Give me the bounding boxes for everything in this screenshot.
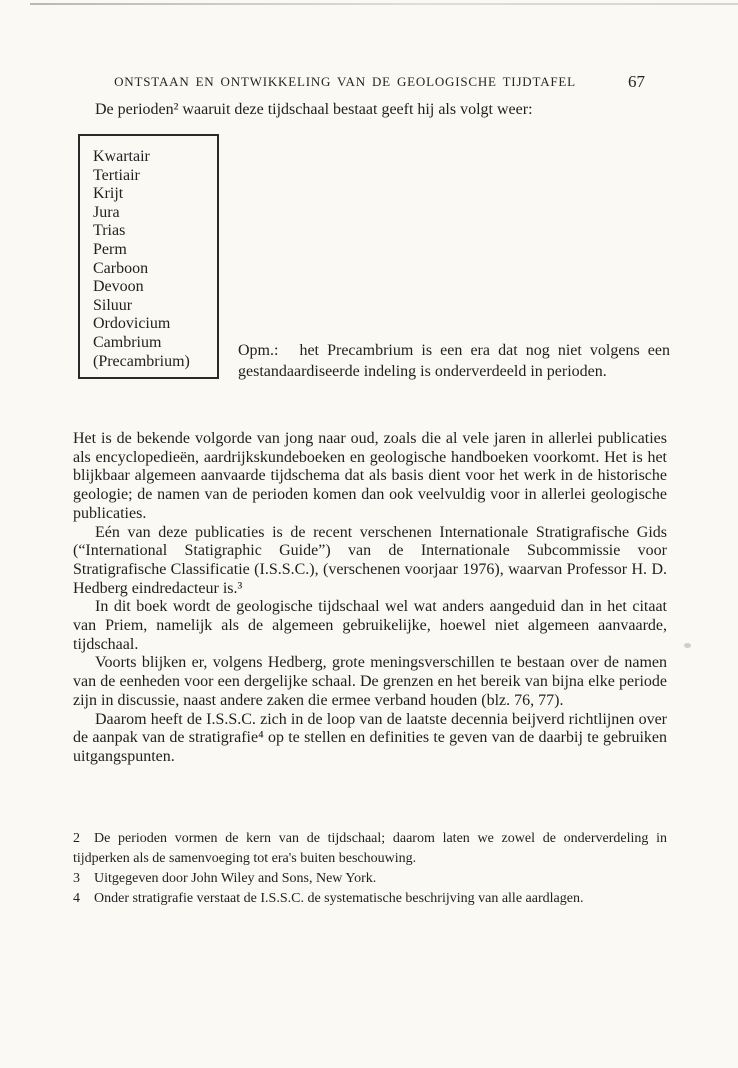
period-item: Kwartair bbox=[93, 148, 217, 167]
period-item: Cambrium bbox=[93, 334, 217, 353]
footnote: 3Uitgegeven door John Wiley and Sons, Ne… bbox=[73, 869, 667, 889]
note-text: het Precambrium is een era dat nog niet … bbox=[238, 342, 670, 380]
footnote-number: 3 bbox=[73, 871, 80, 886]
footnote-text: Onder stratigrafie verstaat de I.S.S.C. … bbox=[94, 891, 583, 906]
footnote: 4Onder stratigrafie verstaat de I.S.S.C.… bbox=[73, 889, 667, 909]
footnote-number: 2 bbox=[73, 831, 80, 846]
precambrium-note: Opm.:het Precambrium is een era dat nog … bbox=[238, 341, 670, 382]
period-item: (Precambrium) bbox=[93, 353, 217, 372]
footnote-text: De perioden vormen de kern van de tijdsc… bbox=[73, 831, 667, 866]
period-item: Ordovicium bbox=[93, 315, 217, 334]
period-item: Krijt bbox=[93, 185, 217, 204]
running-head: ONTSTAAN EN ONTWIKKELING VAN DE GEOLOGIS… bbox=[73, 74, 667, 94]
footnotes: 2De perioden vormen de kern van de tijds… bbox=[73, 829, 667, 909]
scanned-book-page: ONTSTAAN EN ONTWIKKELING VAN DE GEOLOGIS… bbox=[0, 0, 738, 1068]
footnote-text: Uitgegeven door John Wiley and Sons, New… bbox=[94, 871, 376, 886]
paragraph: Het is de bekende volgorde van jong naar… bbox=[73, 430, 667, 524]
note-label: Opm.: bbox=[238, 342, 278, 359]
body-text: Het is de bekende volgorde van jong naar… bbox=[73, 430, 667, 767]
paragraph: In dit boek wordt de geologische tijdsch… bbox=[73, 598, 667, 654]
period-item: Trias bbox=[93, 222, 217, 241]
paragraph: Daarom heeft de I.S.S.C. zich in de loop… bbox=[73, 711, 667, 767]
period-item: Carboon bbox=[93, 260, 217, 279]
scan-speck bbox=[684, 643, 691, 648]
scan-edge-artifact bbox=[30, 3, 738, 5]
intro-sentence: De perioden² waaruit deze tijdschaal bes… bbox=[73, 100, 667, 120]
period-item: Tertiair bbox=[93, 167, 217, 186]
page-number: 67 bbox=[628, 72, 645, 92]
period-list: Kwartair Tertiair Krijt Jura Trias Perm … bbox=[93, 148, 217, 371]
footnote-number: 4 bbox=[73, 891, 80, 906]
paragraph: Eén van deze publicaties is de recent ve… bbox=[73, 524, 667, 599]
period-item: Perm bbox=[93, 241, 217, 260]
paragraph: Voorts blijken er, volgens Hedberg, grot… bbox=[73, 654, 667, 710]
footnote: 2De perioden vormen de kern van de tijds… bbox=[73, 829, 667, 869]
period-item: Siluur bbox=[93, 297, 217, 316]
chapter-title: ONTSTAAN EN ONTWIKKELING VAN DE GEOLOGIS… bbox=[73, 74, 667, 90]
period-list-box: Kwartair Tertiair Krijt Jura Trias Perm … bbox=[78, 134, 219, 379]
period-item: Jura bbox=[93, 204, 217, 223]
period-item: Devoon bbox=[93, 278, 217, 297]
